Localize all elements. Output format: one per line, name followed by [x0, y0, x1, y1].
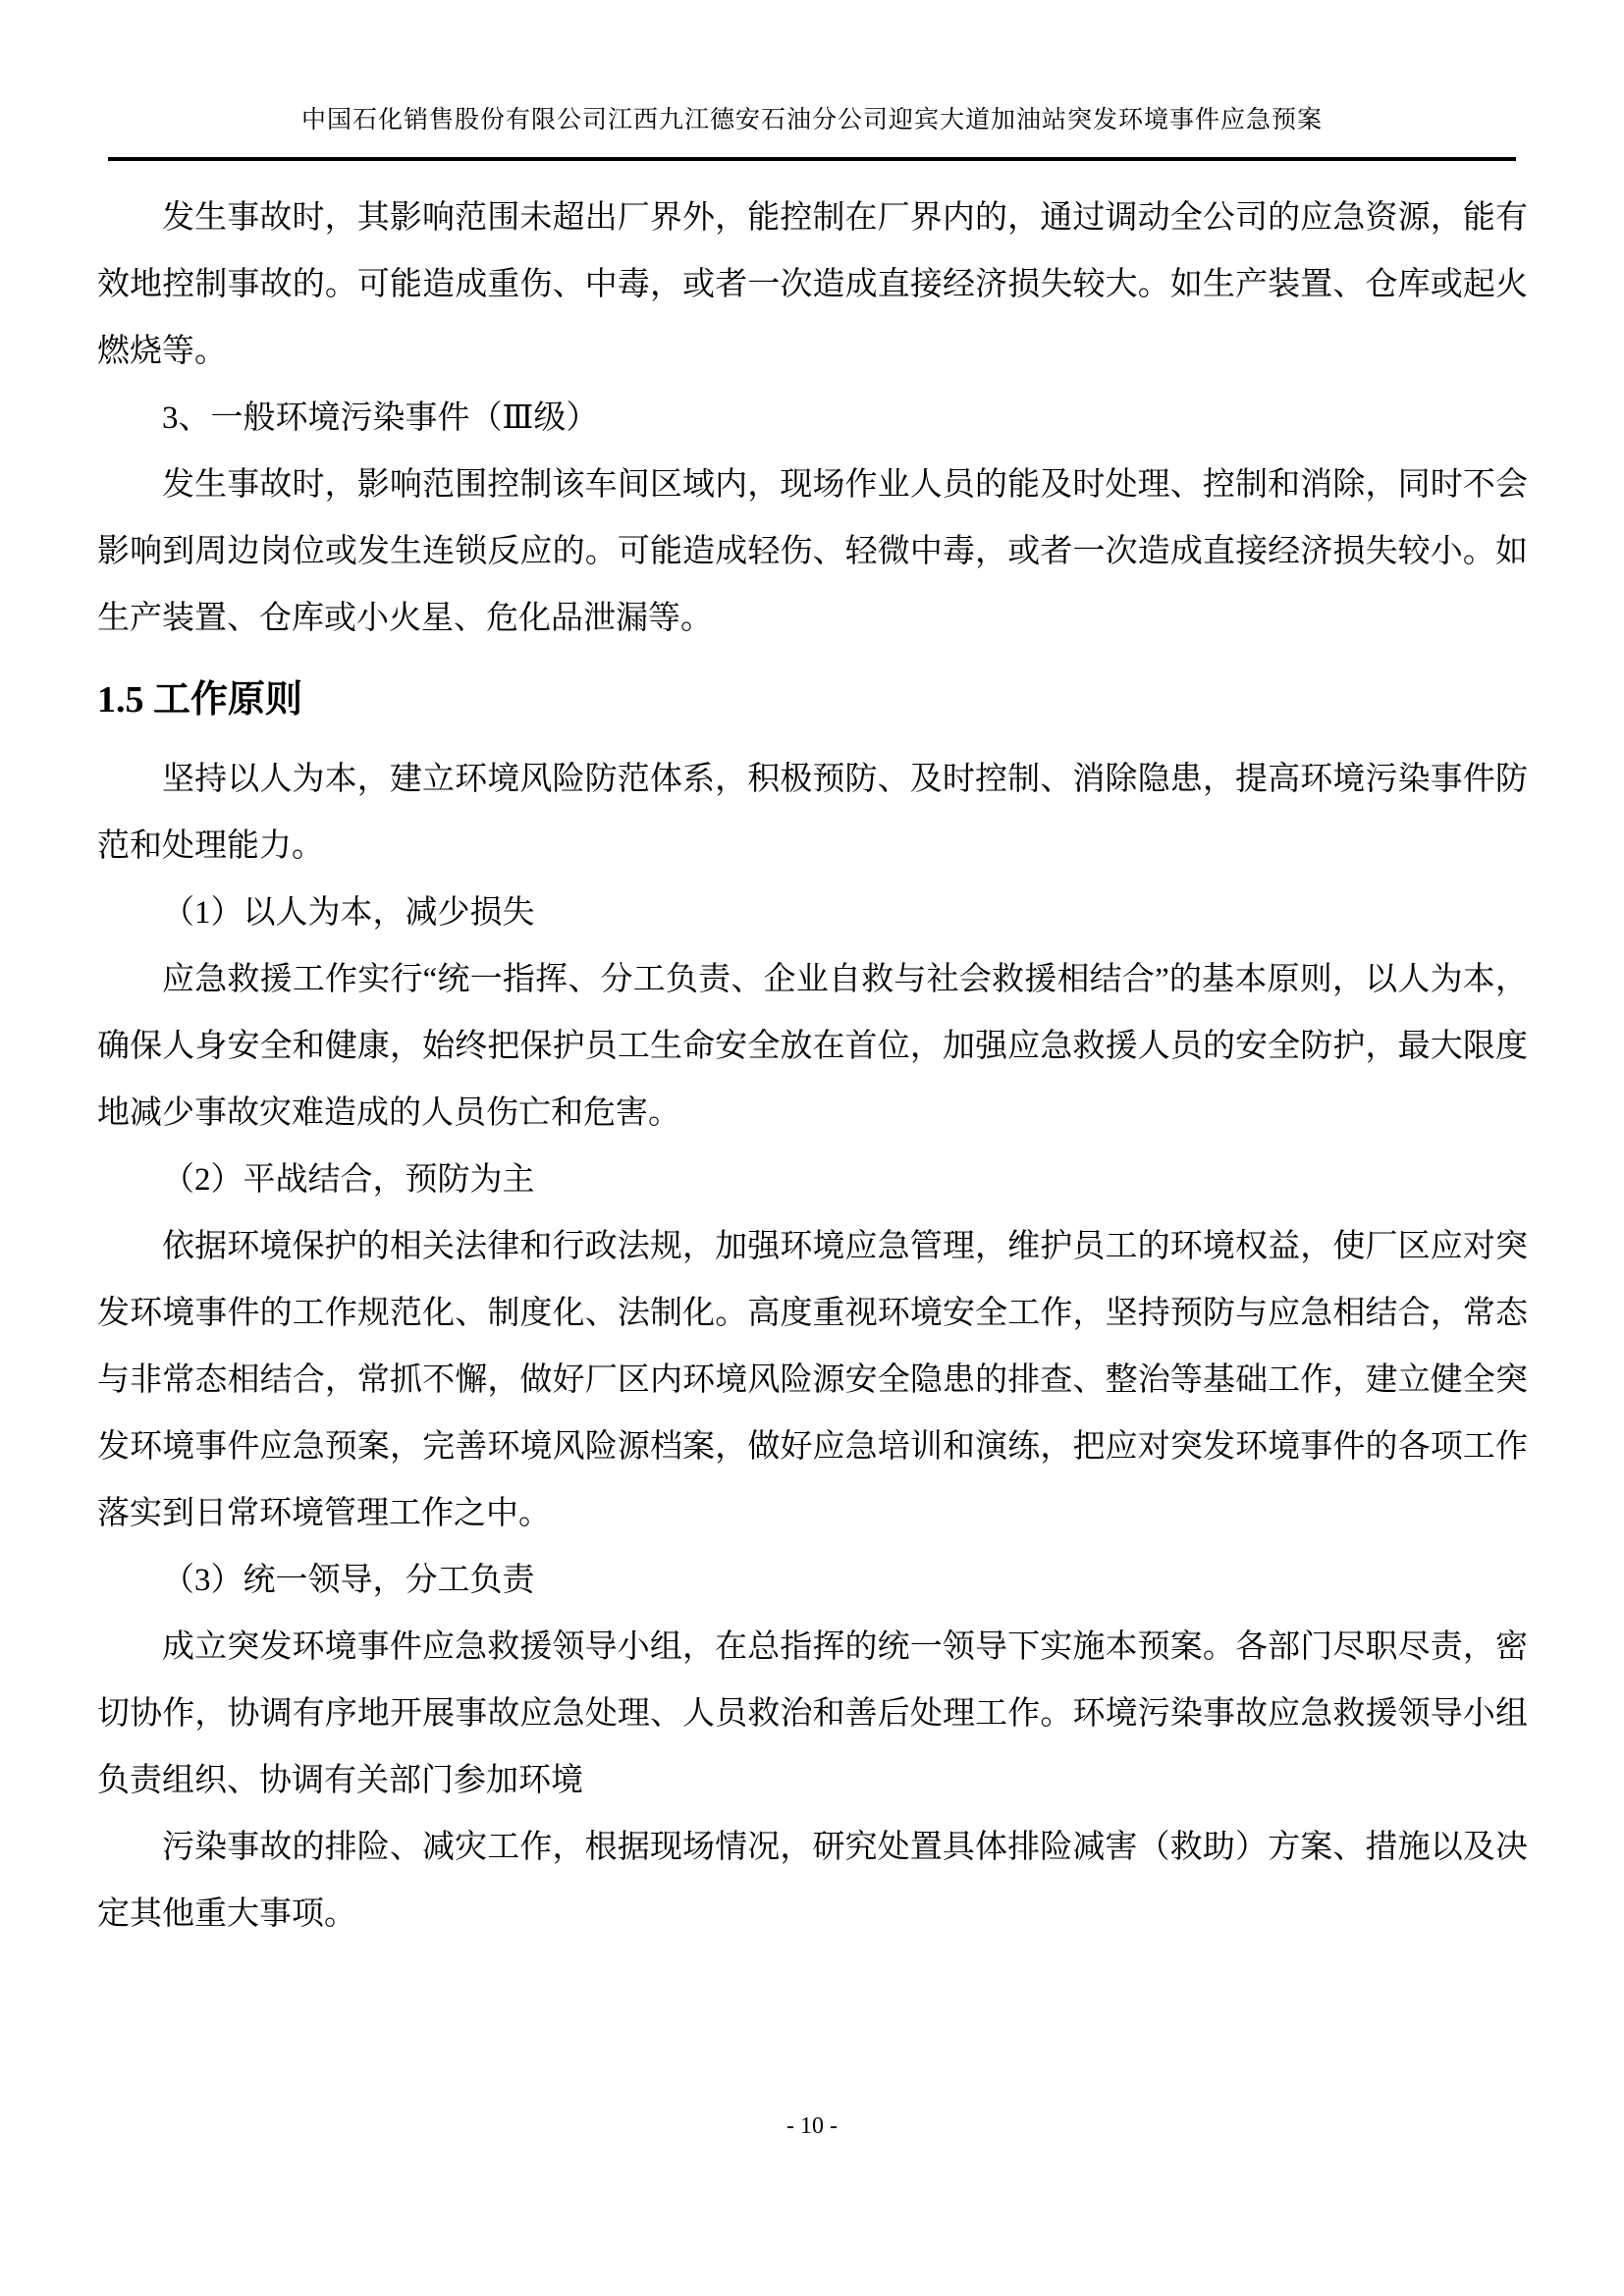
paragraph: 坚持以人为本，建立环境风险防范体系，积极预防、及时控制、消除隐患，提高环境污染事…: [97, 746, 1528, 880]
document-page: 中国石化销售股份有限公司江西九江德安石油分公司迎宾大道加油站突发环境事件应急预案…: [0, 0, 1624, 2296]
paragraph-list-item: （1）以人为本，减少损失: [97, 880, 1528, 946]
paragraph-list-item: （2）平战结合，预防为主: [97, 1147, 1528, 1213]
paragraph: 发生事故时，其影响范围未超出厂界外，能控制在厂界内的，通过调动全公司的应急资源，…: [97, 185, 1528, 385]
paragraph: 应急救援工作实行“统一指挥、分工负责、企业自救与社会救援相结合”的基本原则，以人…: [97, 946, 1528, 1147]
header-rule: [108, 157, 1516, 161]
paragraph: 成立突发环境事件应急救援领导小组，在总指挥的统一领导下实施本预案。各部门尽职尽责…: [97, 1614, 1528, 1814]
paragraph-list-item: 3、一般环境污染事件（Ⅲ级）: [97, 385, 1528, 452]
paragraph-list-item: （3）统一领导，分工负责: [97, 1547, 1528, 1614]
section-heading: 1.5 工作原则: [97, 673, 1528, 726]
page-header-title: 中国石化销售股份有限公司江西九江德安石油分公司迎宾大道加油站突发环境事件应急预案: [0, 104, 1624, 137]
paragraph: 发生事故时，影响范围控制该车间区域内，现场作业人员的能及时处理、控制和消除，同时…: [97, 452, 1528, 652]
paragraph: 依据环境保护的相关法律和行政法规，加强环境应急管理，维护员工的环境权益，使厂区应…: [97, 1213, 1528, 1547]
page-number: - 10 -: [786, 2113, 838, 2139]
paragraph: 污染事故的排险、减灾工作，根据现场情况，研究处置具体排险减害（救助）方案、措施以…: [97, 1814, 1528, 1948]
page-footer: - 10 -: [0, 2110, 1624, 2142]
document-body: 发生事故时，其影响范围未超出厂界外，能控制在厂界内的，通过调动全公司的应急资源，…: [97, 185, 1528, 1948]
